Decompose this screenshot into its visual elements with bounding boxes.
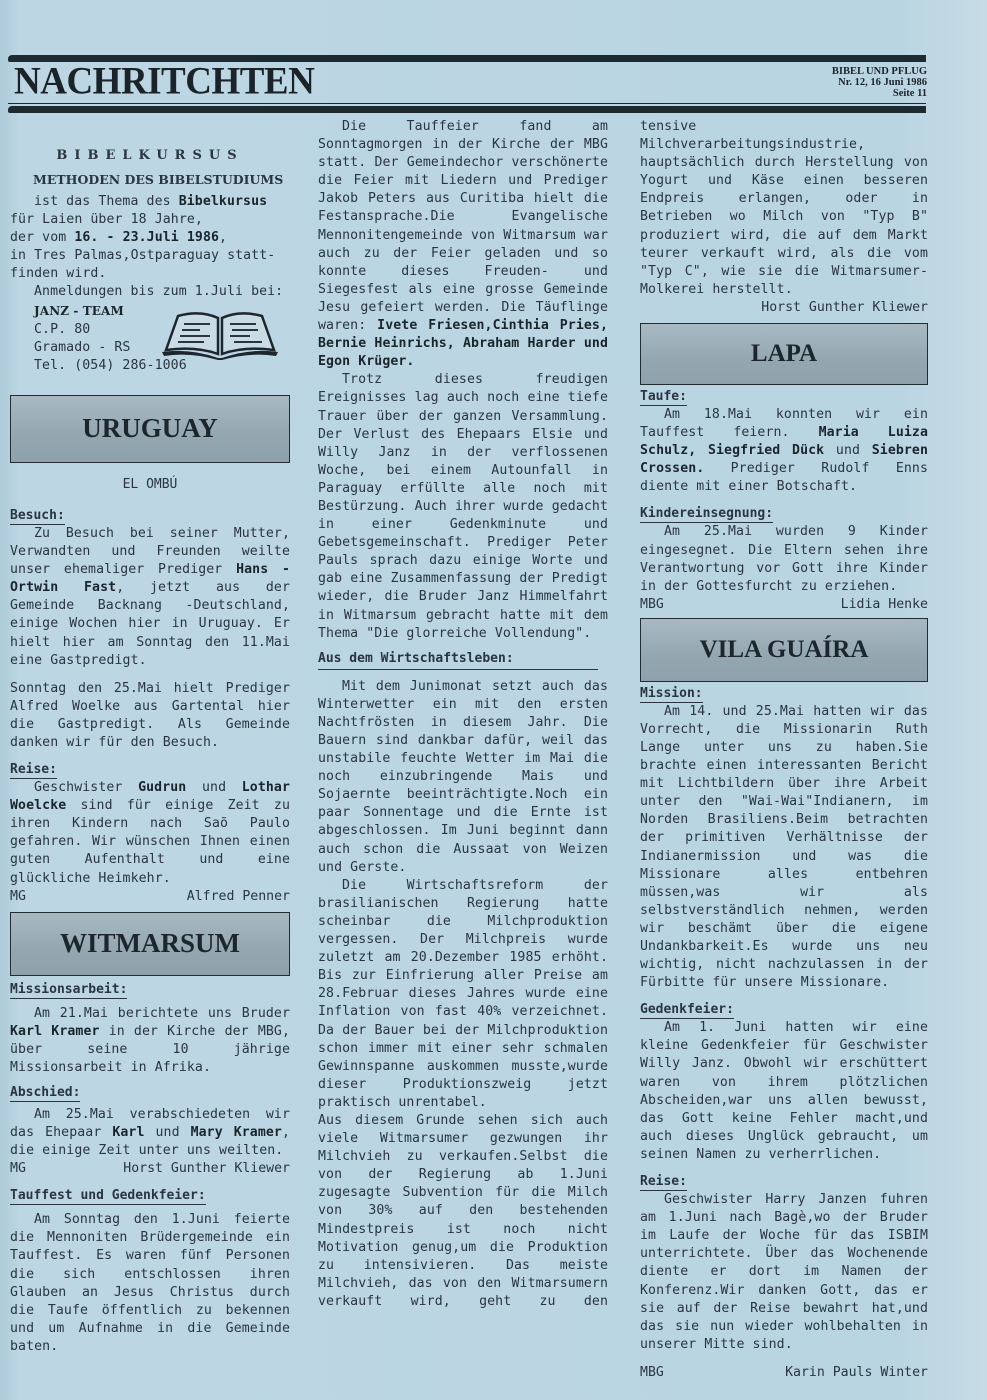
- paragraph-mission: Am 14. und 25.Mai hatten wir das Vorrech…: [640, 703, 928, 993]
- heading-reise-vila-guaira: Reise:: [640, 1174, 687, 1191]
- bibelkursus-title: BIBELKURSUS: [10, 148, 290, 163]
- contact-name: JANZ - TEAM: [34, 304, 124, 318]
- paragraph-tauffest-1: Am Sonntag den 1.Juni feierte die Mennon…: [10, 1211, 290, 1356]
- signature-vila-guaira: MBGKarin Pauls Winter: [640, 1364, 928, 1382]
- heading-taufe: Taufe:: [640, 389, 687, 406]
- publication-name: BIBEL UND PFLUG: [832, 66, 927, 77]
- issue-number: Nr. 12, 16 Juni 1986: [832, 77, 927, 88]
- paragraph-kindereinsegnung: Am 25.Mai wurden 9 Kinder eingesegnet. D…: [640, 523, 928, 595]
- column-2: Die Tauffeier fand am Sonntagmorgen in d…: [318, 118, 608, 1310]
- section-header-vila-guaira: VILA GUAÍRA: [640, 618, 928, 682]
- paragraph-reise-vila-guaira: Geschwister Harry Janzen fuhren am 1.Jun…: [640, 1191, 928, 1354]
- paragraph-tauffest-2: Die Tauffeier fand am Sonntagmorgen in d…: [318, 118, 608, 371]
- heading-besuch: Besuch:: [10, 508, 65, 525]
- heading-wirtschaft: Aus dem Wirtschaftsleben:: [318, 651, 514, 667]
- masthead-rule-bottom: [8, 106, 926, 113]
- heading-missionsarbeit: Missionsarbeit:: [10, 982, 127, 999]
- paragraph-wirtschaft-3-continued: tensive Milchverarbeitungsindustrie, hau…: [640, 118, 928, 299]
- signature-wirtschaft: Horst Gunther Kliewer: [640, 299, 928, 317]
- signature-uruguay: MGAlfred Penner: [10, 888, 290, 906]
- signature-lapa: MBGLidia Henke: [640, 596, 928, 614]
- paragraph-besuch-2: Sonntag den 25.Mai hielt Prediger Alfred…: [10, 680, 290, 752]
- contact-city: Gramado - RS: [34, 340, 130, 355]
- paragraph-wirtschaft-3: Aus diesem Grunde sehen sich auch viele …: [318, 1112, 608, 1310]
- contact-box: C.P. 80: [34, 322, 90, 337]
- paragraph-taufe: Am 18.Mai konnten wir ein Tauffest feier…: [640, 406, 928, 496]
- paragraph-wirtschaft-1: Mit dem Junimonat setzt auch das Winterw…: [318, 678, 608, 877]
- heading-wirtschaft-rule: [318, 669, 598, 670]
- page-title: NACHRITCHTEN: [14, 59, 314, 104]
- masthead-rule-thin: [8, 103, 926, 104]
- heading-tauffest: Tauffest und Gedenkfeier:: [10, 1188, 206, 1205]
- paragraph-wirtschaft-2: Die Wirtschaftsreform der brasilianische…: [318, 877, 608, 1112]
- bibelkursus-text: ist das Thema des Bibelkursus für Laien …: [10, 193, 290, 283]
- paragraph-gedenkfeier: Am 1. Juni hatten wir eine kleine Gedenk…: [640, 1019, 928, 1164]
- heading-kindereinsegnung: Kindereinsegnung:: [640, 506, 773, 523]
- paragraph-abschied: Am 25.Mai verabschiedeten wir das Ehepaa…: [10, 1106, 290, 1160]
- paragraph-besuch: Zu Besuch bei seiner Mutter, Verwandten …: [10, 525, 290, 670]
- location-el-ombu: EL OMBÚ: [10, 477, 290, 492]
- section-header-uruguay: URUGUAY: [10, 395, 290, 463]
- heading-reise-uruguay: Reise:: [10, 762, 57, 779]
- paragraph-missionsarbeit: Am 21.Mai berichtete uns Bruder Karl Kra…: [10, 1005, 290, 1077]
- section-header-witmarsum: WITMARSUM: [10, 912, 290, 976]
- column-1: BIBELKURSUS METHODEN DES BIBELSTUDIUMS i…: [10, 118, 290, 1356]
- heading-abschied: Abschied:: [10, 1085, 80, 1102]
- heading-gedenkfeier: Gedenkfeier:: [640, 1002, 734, 1019]
- publication-info: BIBEL UND PFLUG Nr. 12, 16 Juni 1986 Sei…: [832, 66, 927, 99]
- open-book-icon: [160, 306, 280, 364]
- paragraph-reise-uruguay: Geschwister Gudrun und Lothar Woelcke si…: [10, 779, 290, 888]
- paragraph-tauffest-3: Trotz dieses freudigen Ereignisses lag a…: [318, 371, 608, 642]
- page-number: Seite 11: [832, 88, 927, 99]
- heading-mission: Mission:: [640, 686, 703, 703]
- column-3: tensive Milchverarbeitungsindustrie, hau…: [640, 118, 928, 1382]
- section-header-lapa: LAPA: [640, 323, 928, 385]
- signature-abschied: MGHorst Gunther Kliewer: [10, 1160, 290, 1178]
- bibelkursus-subtitle: METHODEN DES BIBELSTUDIUMS: [33, 172, 290, 187]
